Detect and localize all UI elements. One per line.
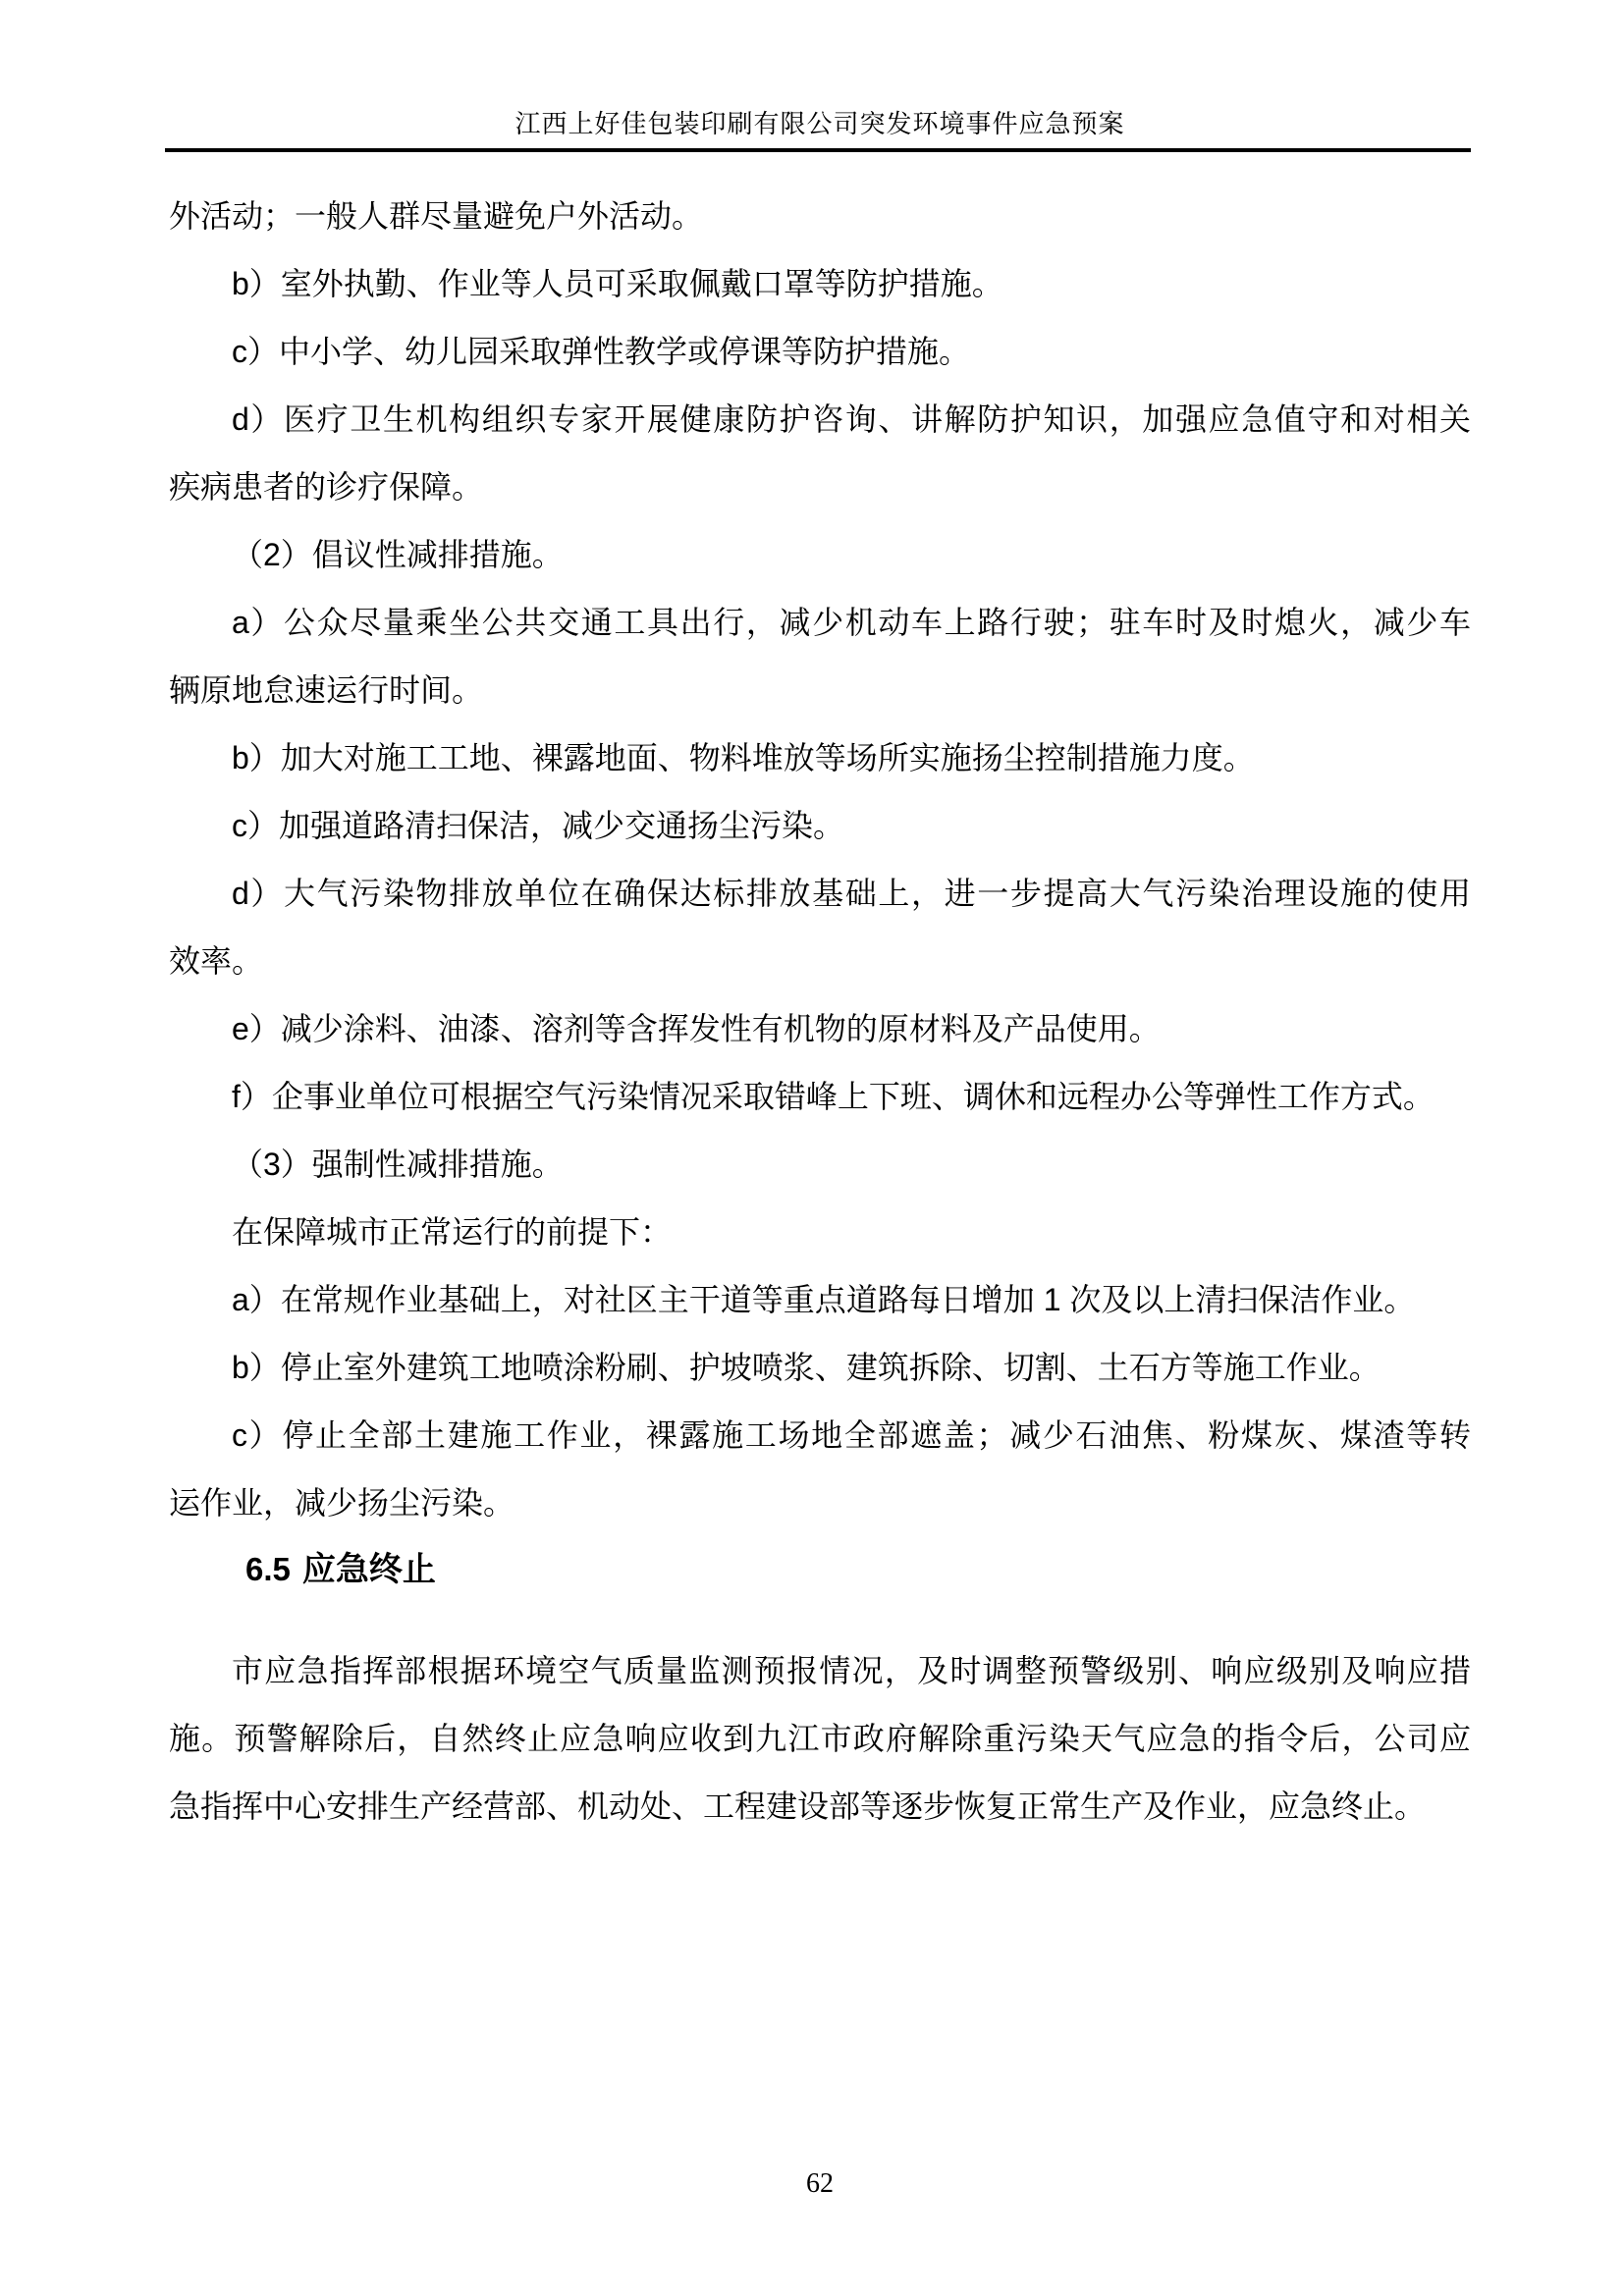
document-page: 江西上好佳包装印刷有限公司突发环境事件应急预案 外活动；一般人群尽量避免户外活动…	[0, 0, 1624, 2296]
text-line: a）在常规作业基础上，对社区主干道等重点道路每日增加 1 次及以上清扫保洁作业。	[169, 1266, 1471, 1334]
document-body: 外活动；一般人群尽量避免户外活动。b）室外执勤、作业等人员可采取佩戴口罩等防护措…	[169, 183, 1471, 1841]
text-line: 疾病患者的诊疗保障。	[169, 454, 1471, 521]
text-line: 施。预警解除后，自然终止应急响应收到九江市政府解除重污染天气应急的指令后，公司应	[169, 1705, 1471, 1773]
text-line: b）室外执勤、作业等人员可采取佩戴口罩等防护措施。	[169, 250, 1471, 318]
text-line: c）加强道路清扫保洁，减少交通扬尘污染。	[169, 792, 1471, 860]
text-line: 运作业，减少扬尘污染。	[169, 1469, 1471, 1537]
header-title: 江西上好佳包装印刷有限公司突发环境事件应急预案	[169, 108, 1471, 141]
text-line: 效率。	[169, 928, 1471, 995]
text-line: f）企事业单位可根据空气污染情况采取错峰上下班、调休和远程办公等弹性工作方式。	[169, 1063, 1471, 1131]
text-line: 急指挥中心安排生产经营部、机动处、工程建设部等逐步恢复正常生产及作业，应急终止。	[169, 1773, 1471, 1841]
text-line: 在保障城市正常运行的前提下：	[169, 1199, 1471, 1266]
text-line: b）加大对施工工地、裸露地面、物料堆放等场所实施扬尘控制措施力度。	[169, 724, 1471, 792]
text-line: c）停止全部土建施工作业，裸露施工场地全部遮盖；减少石油焦、粉煤灰、煤渣等转	[169, 1402, 1471, 1469]
section-heading: 6.5应急终止	[169, 1537, 1471, 1602]
page-number: 62	[169, 2167, 1471, 2201]
text-line: d）大气污染物排放单位在确保达标排放基础上，进一步提高大气污染治理设施的使用	[169, 860, 1471, 928]
section-heading-number: 6.5	[245, 1551, 291, 1587]
text-line: d）医疗卫生机构组织专家开展健康防护咨询、讲解防护知识，加强应急值守和对相关	[169, 386, 1471, 454]
section-heading-title: 应急终止	[302, 1551, 436, 1588]
text-line: c）中小学、幼儿园采取弹性教学或停课等防护措施。	[169, 318, 1471, 386]
text-line: a）公众尽量乘坐公共交通工具出行，减少机动车上路行驶；驻车时及时熄火，减少车	[169, 589, 1471, 657]
text-line: （3）强制性减排措施。	[169, 1131, 1471, 1199]
text-line: b）停止室外建筑工地喷涂粉刷、护坡喷浆、建筑拆除、切割、土石方等施工作业。	[169, 1334, 1471, 1402]
text-line: 辆原地怠速运行时间。	[169, 657, 1471, 724]
text-line: （2）倡议性减排措施。	[169, 521, 1471, 589]
text-line: 市应急指挥部根据环境空气质量监测预报情况，及时调整预警级别、响应级别及响应措	[169, 1637, 1471, 1705]
text-line: e）减少涂料、油漆、溶剂等含挥发性有机物的原材料及产品使用。	[169, 995, 1471, 1063]
header-rule	[165, 148, 1471, 152]
text-line: 外活动；一般人群尽量避免户外活动。	[169, 183, 1471, 250]
